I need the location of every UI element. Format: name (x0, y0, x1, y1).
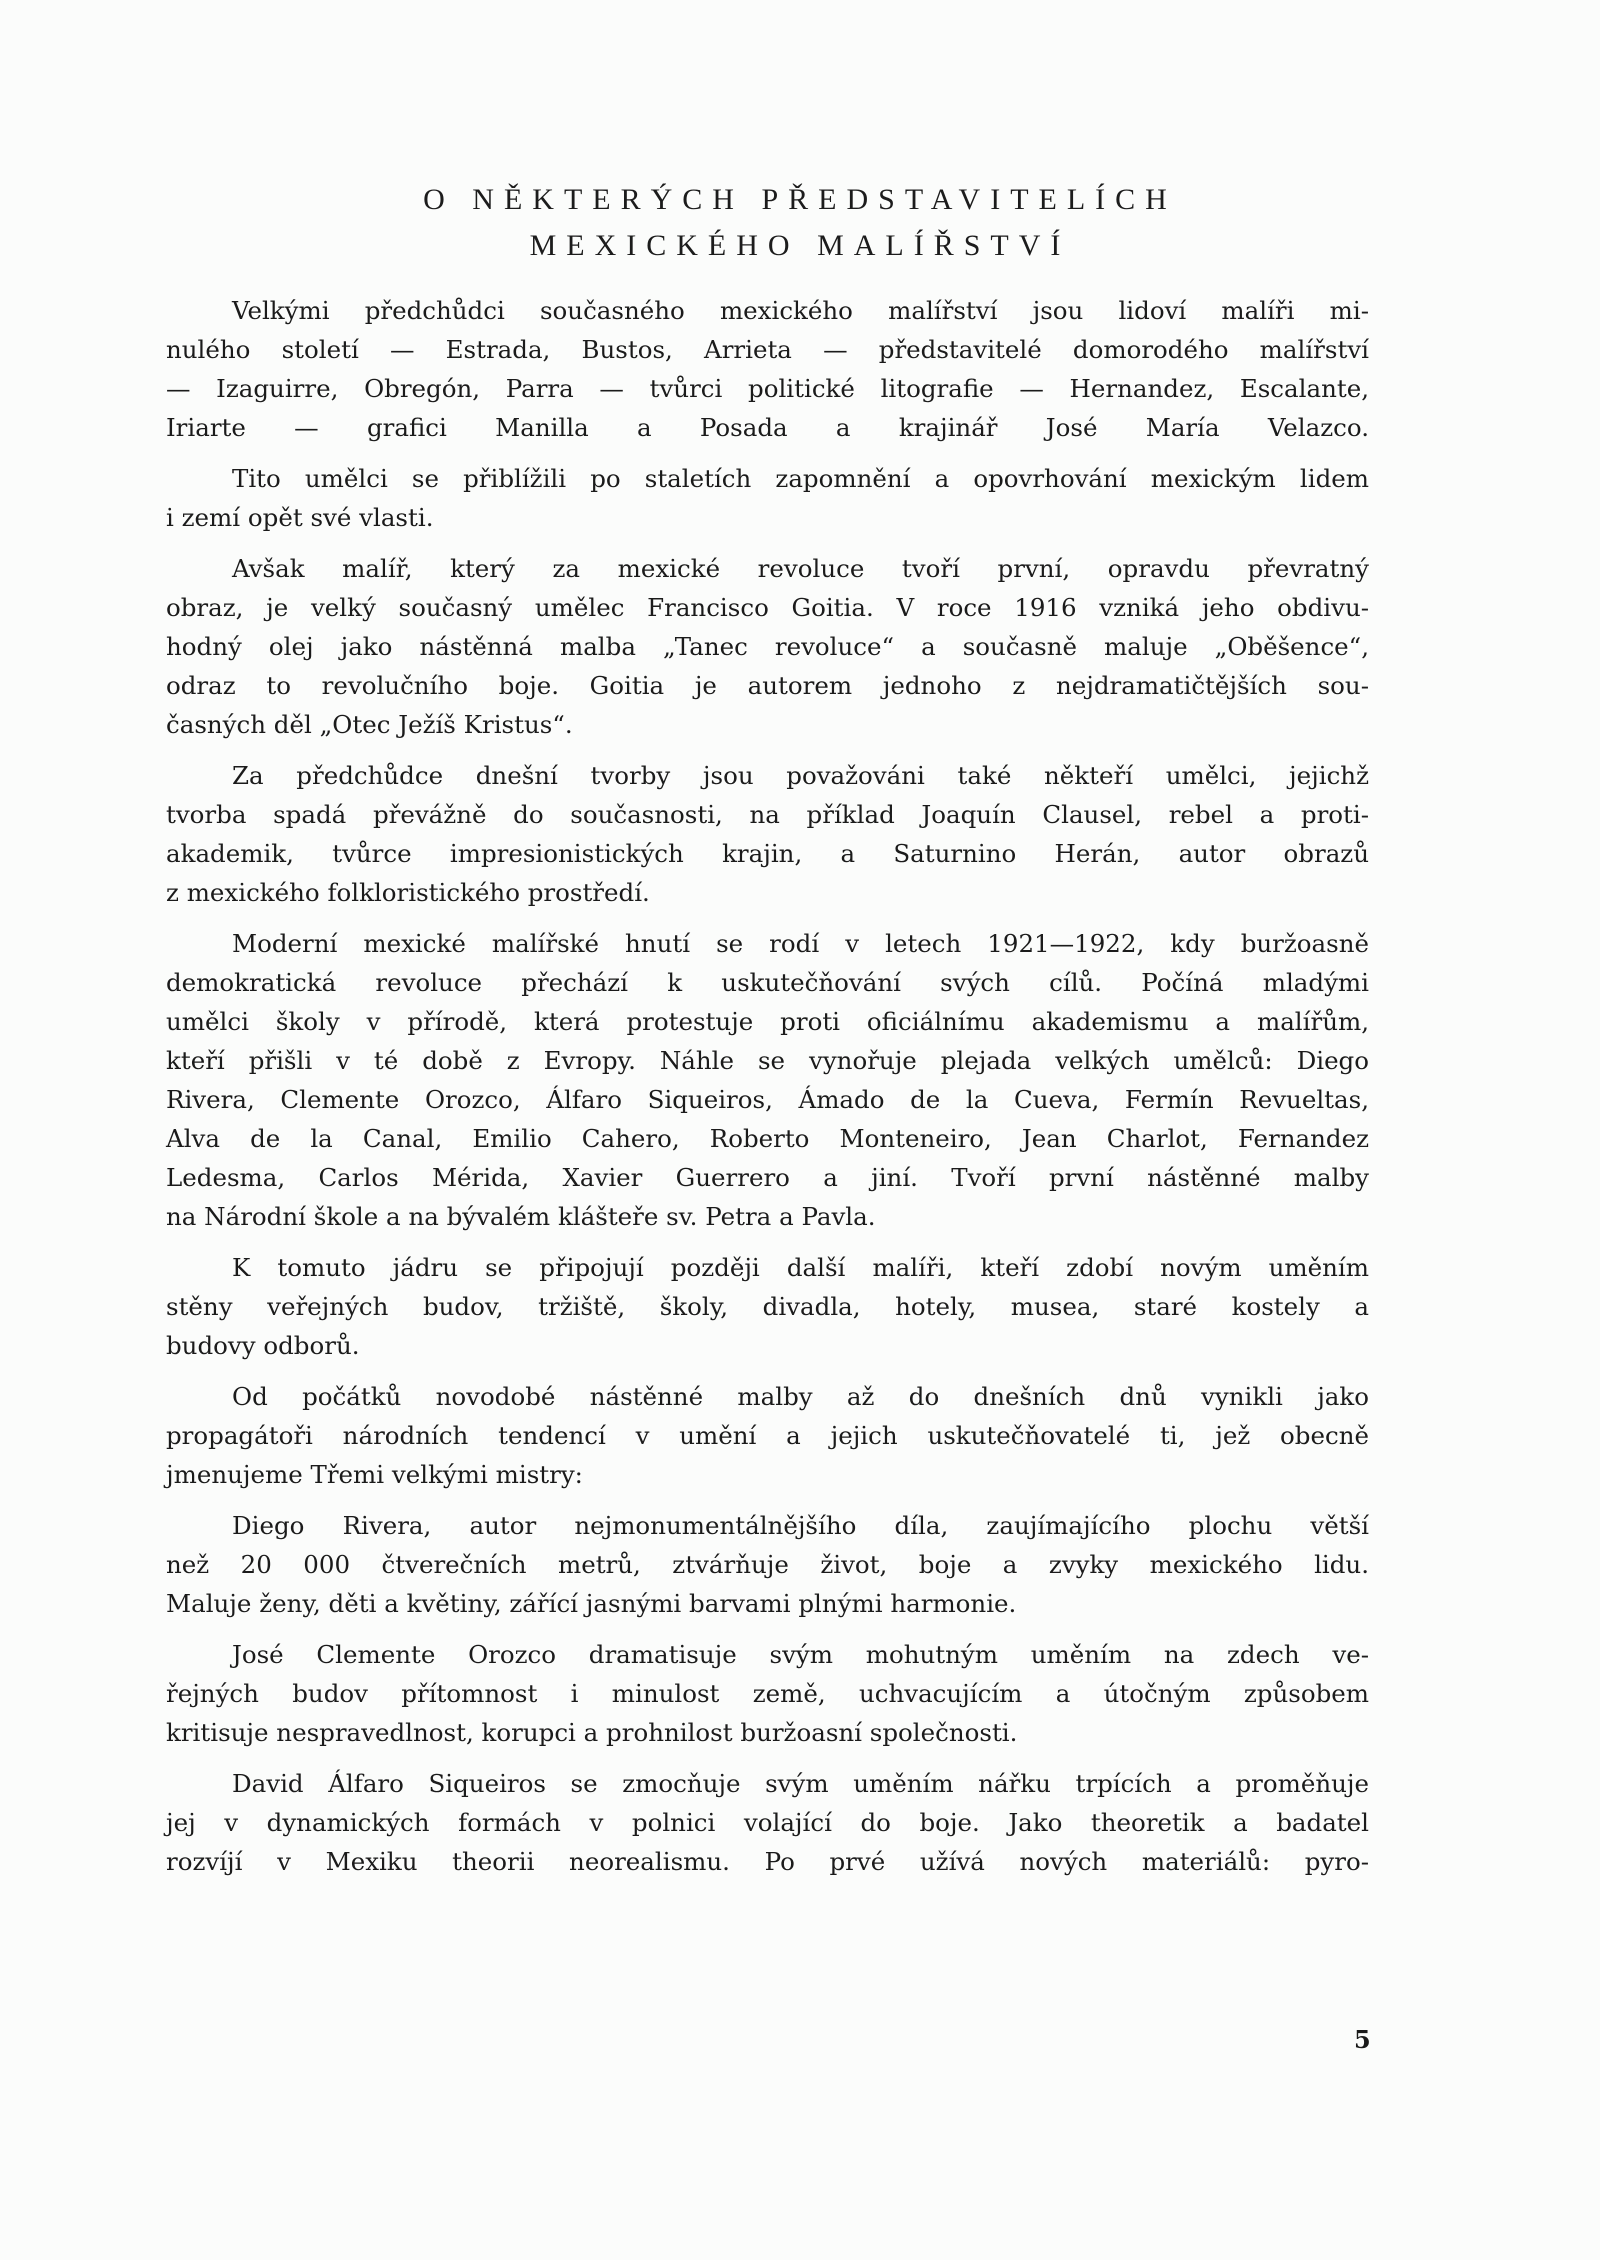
text-line: nulého století — Estrada, Bustos, Arriet… (166, 335, 1369, 365)
text-line: hodný olej jako nástěnná malba „Tanec re… (166, 632, 1369, 662)
text-line: Rivera, Clemente Orozco, Álfaro Siqueiro… (166, 1085, 1369, 1115)
paragraph-first-line: K tomuto jádru se připojují později dalš… (232, 1253, 1369, 1283)
text-line: Iriarte — grafici Manilla a Posada a kra… (166, 413, 1369, 443)
text-line: odraz to revolučního boje. Goitia je aut… (166, 671, 1369, 701)
chapter-title-line-1: O NĚKTERÝCH PŘEDSTAVITELÍCH (0, 183, 1600, 217)
text-line: tvorba spadá převážně do současnosti, na… (166, 800, 1369, 830)
text-line: jmenujeme Třemi velkými mistry: (166, 1460, 1369, 1490)
text-line: řejných budov přítomnost i minulost země… (166, 1679, 1369, 1709)
paragraph-first-line: Od počátků novodobé nástěnné malby až do… (232, 1382, 1369, 1412)
chapter-title-line-2: MEXICKÉHO MALÍŘSTVÍ (0, 229, 1600, 263)
paragraph-first-line: Tito umělci se přiblížili po staletích z… (232, 464, 1369, 494)
text-line: demokratická revoluce přechází k uskuteč… (166, 968, 1369, 998)
text-line: Alva de la Canal, Emilio Cahero, Roberto… (166, 1124, 1369, 1154)
text-line: časných děl „Otec Ježíš Kristus“. (166, 710, 1369, 740)
text-line: rozvíjí v Mexiku theorii neorealismu. Po… (166, 1847, 1369, 1877)
text-line: umělci školy v přírodě, která protestuje… (166, 1007, 1369, 1037)
text-line: Maluje ženy, děti a květiny, zářící jasn… (166, 1589, 1369, 1619)
text-line: obraz, je velký současný umělec Francisc… (166, 593, 1369, 623)
page-number: 5 (1354, 2025, 1371, 2054)
text-line: z mexického folkloristického prostředí. (166, 878, 1369, 908)
paragraph-first-line: Velkými předchůdci současného mexického … (232, 296, 1369, 326)
text-line: Ledesma, Carlos Mérida, Xavier Guerrero … (166, 1163, 1369, 1193)
text-line: stěny veřejných budov, tržiště, školy, d… (166, 1292, 1369, 1322)
text-line: i zemí opět své vlasti. (166, 503, 1369, 533)
paragraph-first-line: Diego Rivera, autor nejmonumentálnějšího… (232, 1511, 1369, 1541)
text-line: propagátoři národních tendencí v umění a… (166, 1421, 1369, 1451)
text-line: kritisuje nespravedlnost, korupci a proh… (166, 1718, 1369, 1748)
book-page: O NĚKTERÝCH PŘEDSTAVITELÍCH MEXICKÉHO MA… (0, 0, 1600, 2260)
text-line: budovy odborů. (166, 1331, 1369, 1361)
text-line: jej v dynamických formách v polnici vola… (166, 1808, 1369, 1838)
paragraph-first-line: Avšak malíř, který za mexické revoluce t… (232, 554, 1369, 584)
text-line: — Izaguirre, Obregón, Parra — tvůrci pol… (166, 374, 1369, 404)
paragraph-first-line: Za předchůdce dnešní tvorby jsou považov… (232, 761, 1369, 791)
paragraph-first-line: José Clemente Orozco dramatisuje svým mo… (232, 1640, 1369, 1670)
text-line: na Národní škole a na bývalém klášteře s… (166, 1202, 1369, 1232)
paragraph-first-line: David Álfaro Siqueiros se zmocňuje svým … (232, 1769, 1369, 1799)
text-line: než 20 000 čtverečních metrů, ztvárňuje … (166, 1550, 1369, 1580)
text-line: akademik, tvůrce impresionistických kraj… (166, 839, 1369, 869)
paragraph-first-line: Moderní mexické malířské hnutí se rodí v… (232, 929, 1369, 959)
text-line: kteří přišli v té době z Evropy. Náhle s… (166, 1046, 1369, 1076)
